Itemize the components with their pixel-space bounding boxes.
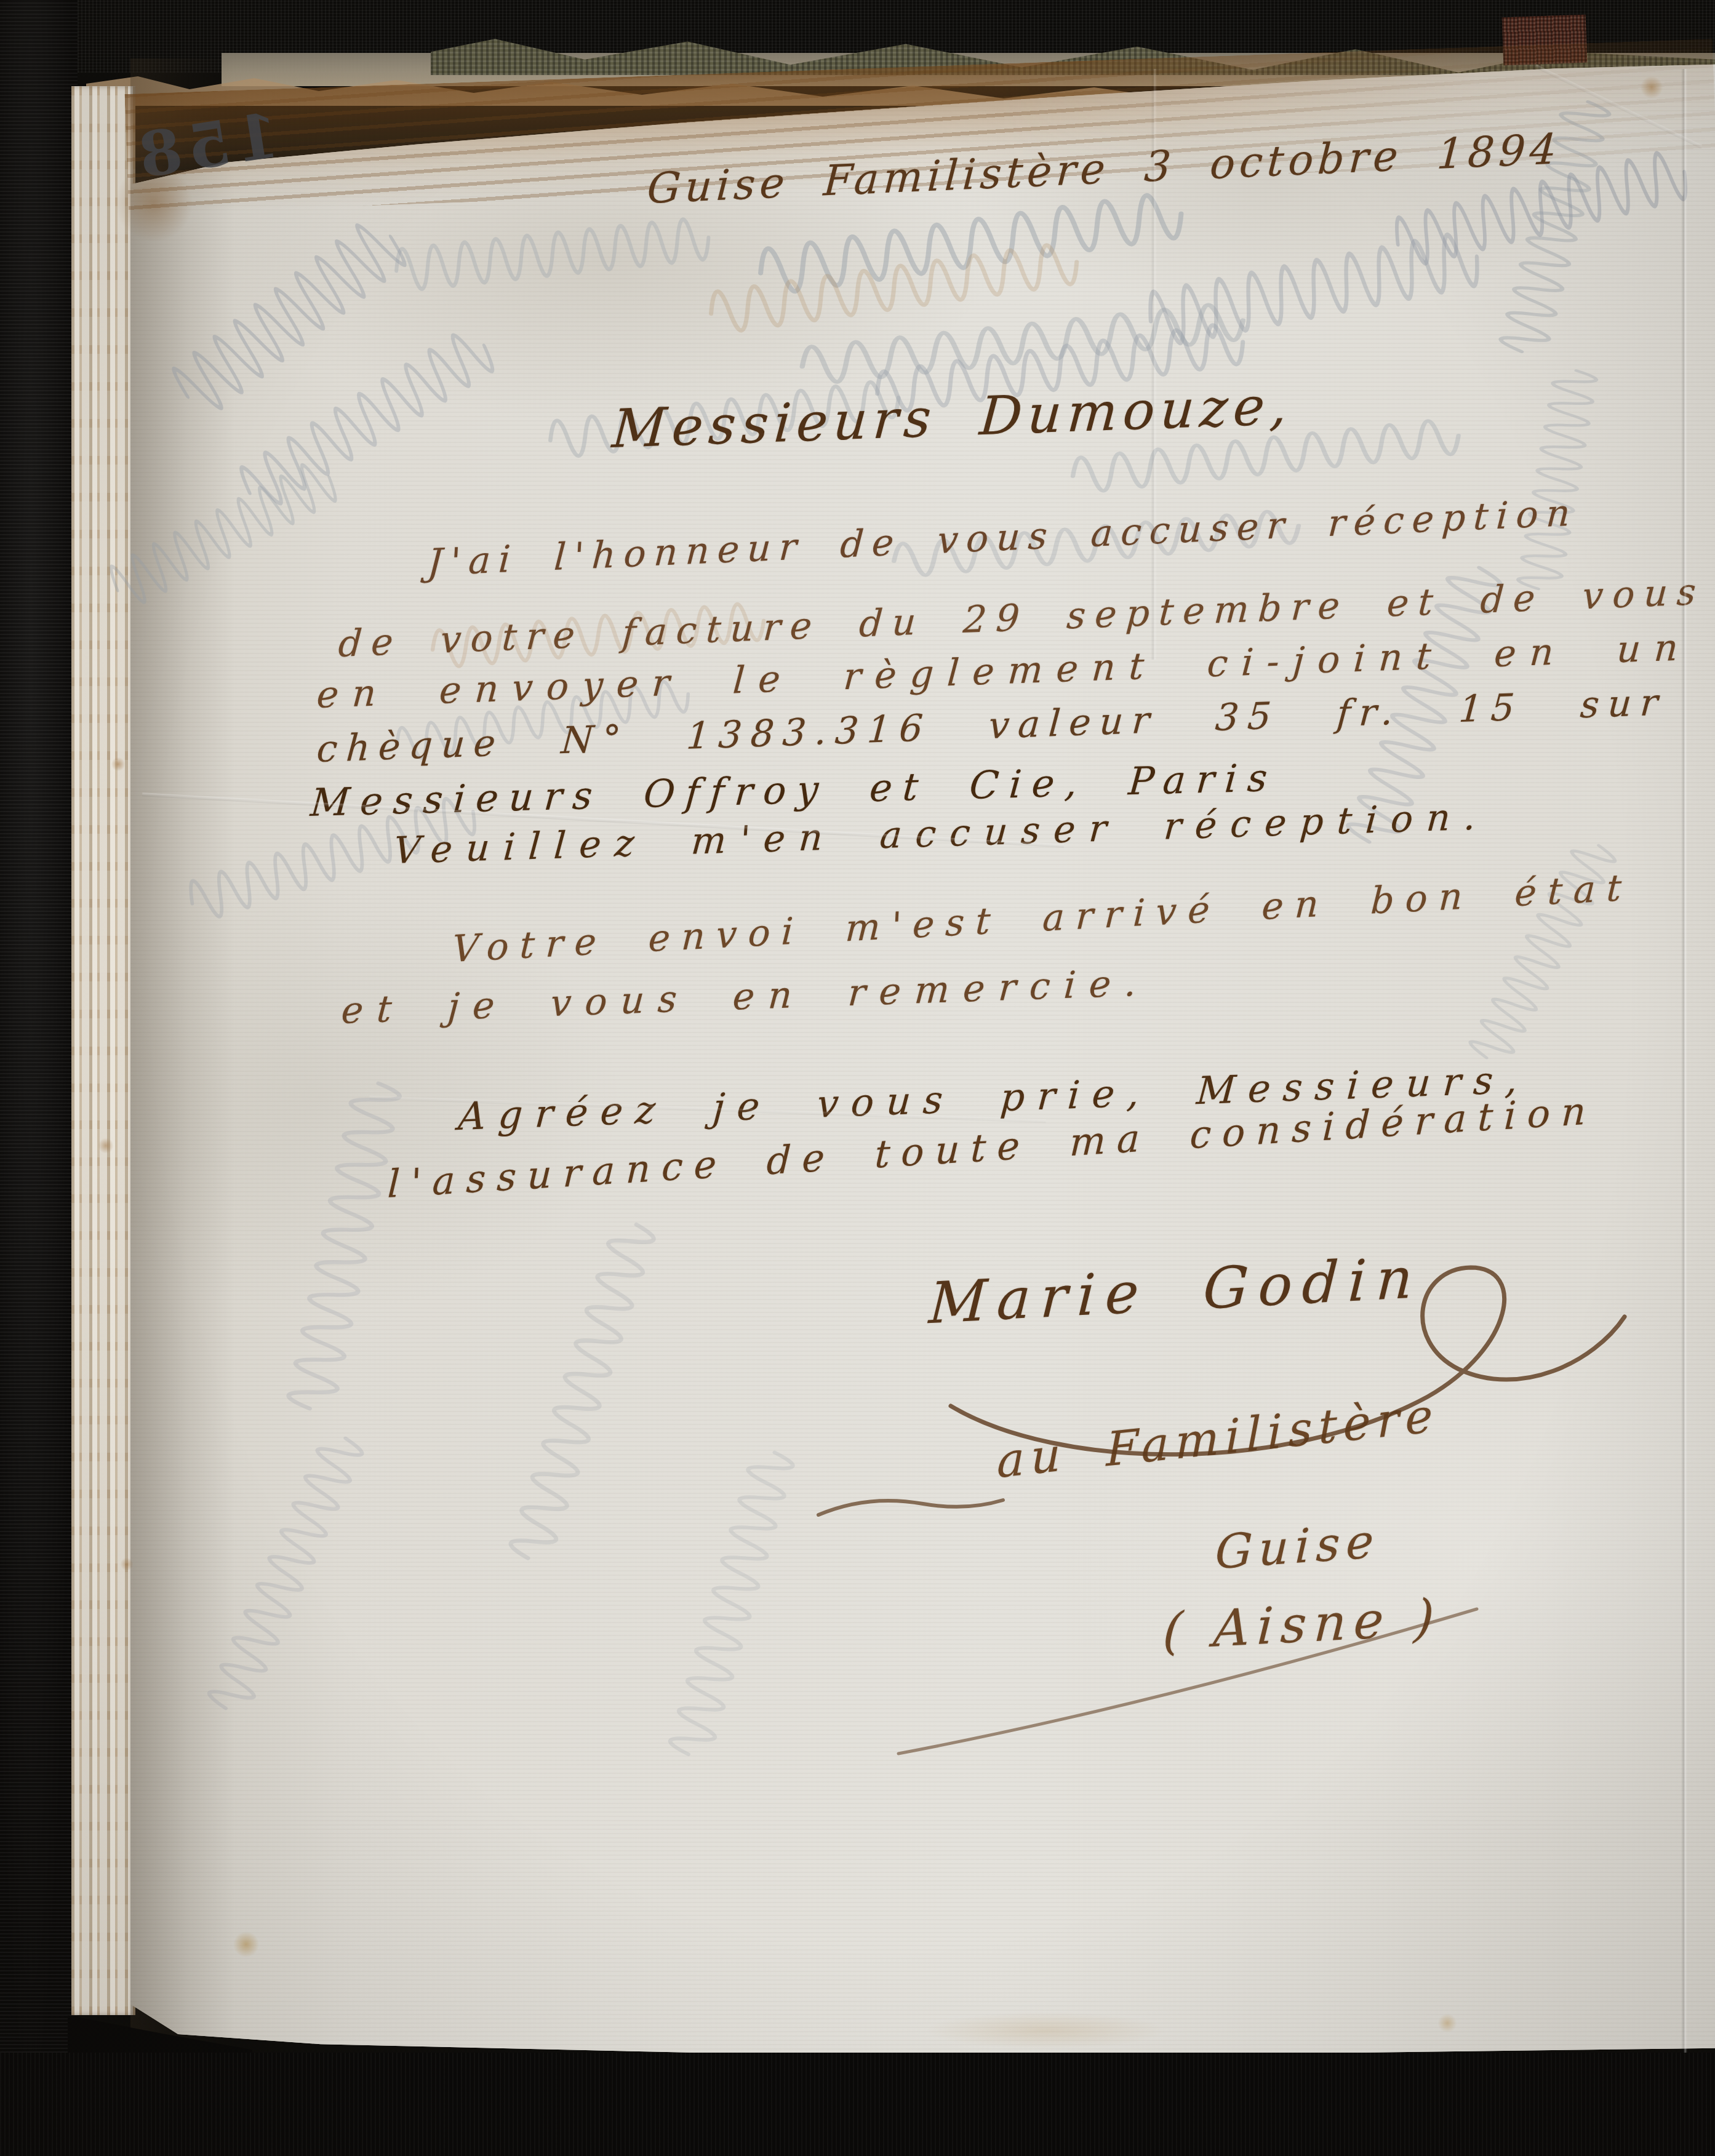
scan-vignette bbox=[0, 0, 1715, 2156]
scanned-letter-book-page: 158 Guise Familistère 3 octobre 1894 Mes… bbox=[0, 0, 1715, 2156]
